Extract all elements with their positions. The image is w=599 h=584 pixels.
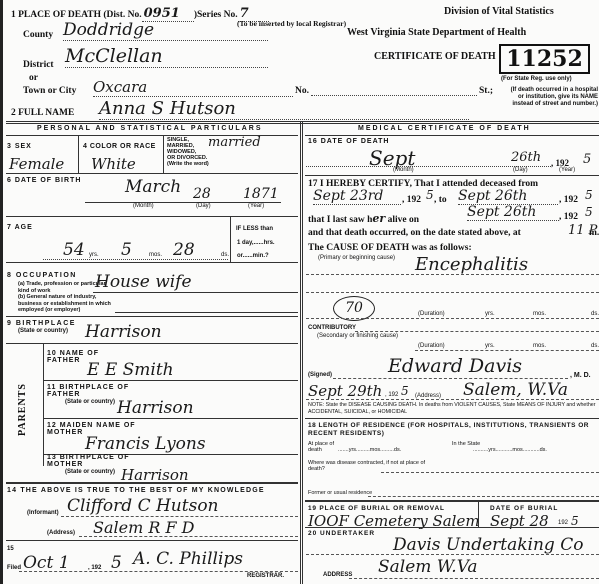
color-value: White (91, 155, 136, 173)
duration-underline-2 (415, 350, 599, 351)
filed-underline (19, 571, 298, 572)
duration-label: (Duration) (418, 311, 445, 317)
county-label: County (23, 30, 53, 40)
color-label: 4 COLOR OR RACE (83, 143, 156, 150)
cause-value: Encephalitis (415, 254, 528, 275)
duration-ds: ds. (591, 311, 599, 317)
divider (43, 418, 298, 419)
divider (6, 262, 298, 263)
sex-label: 3 SEX (7, 143, 32, 150)
m-label: m. (589, 228, 599, 238)
divider (230, 216, 231, 262)
cause-underline-2 (306, 292, 599, 293)
informant-label: (Informant) (27, 510, 59, 516)
one-day-label: 1 day,......hrs. (237, 240, 275, 246)
duration-yrs: yrs. (485, 311, 495, 317)
burial-date-label: DATE OF BURIAL (490, 505, 558, 512)
occupation-value: House wife (95, 272, 192, 292)
marital-label-line: (Write the word) (167, 161, 209, 167)
contributory-sub: (Secondary or finishing cause) (317, 333, 398, 339)
attended-from-year: 5 (426, 188, 434, 202)
md-label: , M. D. (570, 372, 591, 379)
certificate-number: 11252 (499, 44, 590, 74)
filed-year: 5 (111, 553, 122, 573)
divider (6, 343, 298, 344)
to-label: , to (434, 195, 447, 205)
full-name-value: Anna S Hutson (99, 98, 469, 120)
divider (43, 343, 44, 466)
sex-value: Female (9, 155, 64, 173)
last-saw-year: 5 (585, 205, 593, 219)
informant-statement: 14 THE ABOVE IS TRUE TO THE BEST OF MY K… (7, 487, 265, 494)
informant-address-value: Salem R F D (93, 518, 195, 537)
year-caption: (Year) (248, 203, 264, 209)
street-no-label: No. (295, 86, 309, 96)
age-underline (43, 259, 228, 260)
full-name-label: 2 FULL NAME (11, 108, 74, 118)
divider (6, 316, 298, 317)
alive-on-text: alive on (388, 215, 419, 225)
burial-year-prefix: 192 (558, 520, 568, 526)
medical-section-title: MEDICAL CERTIFICATE OF DEATH (358, 125, 531, 132)
marital-value: married (208, 135, 261, 150)
physician-address: Salem, W.Va (463, 380, 568, 400)
undertaker-address-underline (349, 578, 599, 579)
birthplace-sub: (State or country) (18, 328, 68, 334)
note-text: NOTE: State the DISEASE CAUSING DEATH. I… (308, 402, 599, 415)
cause-title: The CAUSE OF DEATH was as follows: (308, 243, 472, 253)
divider (305, 135, 599, 136)
physician-signature: Edward Davis (388, 355, 522, 377)
divider (6, 540, 298, 541)
parents-label: PARENTS (17, 383, 28, 436)
divider (478, 500, 479, 527)
divider (305, 175, 599, 176)
father-birthplace-value: Harrison (117, 398, 194, 418)
filed-date: Oct 1 (23, 553, 70, 573)
age-days: 28 (173, 240, 195, 260)
dod-day: 26th (511, 150, 541, 165)
address-underline (79, 536, 298, 537)
attended-to-year: 5 (585, 188, 593, 202)
mos-label: mos. (149, 252, 162, 258)
place-of-death-label: 1 PLACE OF DEATH (Dist. No.0951)Series N… (11, 6, 269, 21)
occupation-label: 8 OCCUPATION (7, 272, 77, 279)
duration-underline (306, 318, 599, 319)
father-birthplace-label: 11 BIRTHPLACE OF FATHER (47, 384, 137, 398)
town-value: Oxcara (93, 78, 293, 97)
less-than-label: IF LESS than (236, 226, 273, 232)
column-divider (300, 121, 303, 584)
department-title: West Virginia State Department of Health (347, 27, 526, 38)
divider (6, 216, 298, 217)
yrs-label: yrs. (89, 252, 99, 258)
street-st-label: St.; (479, 86, 493, 96)
age-label: 7 AGE (7, 224, 33, 231)
duration-ds-2: ds. (591, 343, 599, 349)
series-label: )Series No. (194, 10, 238, 20)
undertaker-label: 20 UNDERTAKER (308, 530, 375, 537)
divider (163, 135, 164, 173)
birthplace-value: Harrison (85, 322, 162, 342)
death-certificate: 1 PLACE OF DEATH (Dist. No.0951)Series N… (0, 0, 599, 584)
signed-label: (Signed) (308, 372, 332, 378)
undertaker-value: Davis Undertaking Co (393, 535, 583, 555)
divider (6, 173, 298, 174)
divider (43, 380, 298, 381)
contributory-underline (355, 331, 599, 332)
undertaker-underline (306, 554, 599, 555)
occupation-underline (93, 292, 298, 293)
divider (305, 527, 599, 528)
dod-month-caption: (Month) (393, 167, 414, 173)
duration-yrs-2: yrs. (485, 343, 495, 349)
former-residence-underline (368, 496, 599, 497)
divider (78, 135, 79, 173)
division-title: Division of Vital Statistics (444, 6, 554, 17)
attended-to: Sept 26th (458, 188, 558, 205)
informant-address-label: (Address) (47, 530, 75, 536)
street-line (311, 95, 477, 96)
undertaker-address-label: ADDRESS (323, 572, 352, 578)
signed-year-prefix: , 192 (385, 392, 398, 398)
dod-year: 5 (583, 152, 591, 167)
last-saw-pronoun: er (372, 212, 385, 225)
occupation-b-label: (b) General nature of industry, business… (18, 294, 118, 314)
attended-from: Sept 23rd (313, 188, 401, 205)
month-caption: (Month) (133, 203, 154, 209)
signed-underline (333, 378, 568, 379)
divider (305, 418, 599, 419)
town-label: Town or City (23, 86, 76, 96)
duration-label-2: (Duration) (418, 343, 445, 349)
burial-place-label: 19 PLACE OF BURIAL OR REMOVAL (308, 505, 445, 512)
last-saw-date: Sept 26th (467, 204, 559, 221)
dob-label: 6 DATE OF BIRTH (7, 177, 81, 184)
registrar-signature: A. C. Phillips (133, 549, 243, 569)
cause-underline (306, 274, 599, 275)
registrar-label: REGISTRAR. (247, 573, 284, 579)
employer-underline (115, 312, 298, 313)
last-saw-year-prefix: , 192 (559, 212, 578, 222)
divider (305, 500, 599, 502)
residence-label: 18 LENGTH OF RESIDENCE (FOR HOSPITALS, I… (308, 422, 599, 437)
marital-label: SINGLE, MARRIED, WIDOWED, OR DIVORCED. (… (167, 137, 209, 167)
father-birthplace-sub: (State or country) (65, 399, 115, 405)
at-place-label: At place of death (308, 441, 338, 453)
or-label: or (29, 73, 38, 83)
age-months: 5 (121, 240, 132, 260)
contracted-label: Where was disease contracted, if not at … (308, 460, 438, 472)
undertaker-address: Salem W.Va (378, 557, 478, 577)
signed-date-underline (306, 399, 599, 400)
hospital-note: (If death occurred in a hospital or inst… (510, 87, 598, 108)
informant-value: Clifford C Hutson (67, 496, 219, 516)
county-value: Doddridge (63, 20, 268, 41)
dob-month: March (125, 177, 181, 197)
attended-from-year-prefix: , 192 (402, 195, 421, 205)
duration-mos: mos. (533, 311, 546, 317)
last-saw-text: that I last saw h (308, 215, 372, 225)
dod-label: 16 DATE OF DEATH (308, 138, 389, 145)
last-saw-label: that I last saw her alive on (308, 212, 419, 225)
or-min-label: or......min.? (237, 253, 269, 259)
duration-mos-2: mos. (533, 343, 546, 349)
state-reg-note: (For State Reg. use only) (501, 76, 572, 82)
mother-name-value: Francis Lyons (85, 434, 206, 454)
contributory-label: CONTRIBUTORY (308, 325, 356, 331)
dod-year-caption: (Year) (559, 167, 575, 173)
filed-number: 15 (7, 546, 14, 552)
dod-day-caption: (Day) (513, 167, 528, 173)
signed-year: 5 (401, 384, 409, 398)
district-value: McClellan (65, 45, 268, 68)
district-label: District (23, 60, 54, 70)
place-of-death-text: 1 PLACE OF DEATH (Dist. No. (11, 10, 142, 20)
dob-day: 28 (193, 186, 211, 202)
birthplace-label: 9 BIRTHPLACE (7, 320, 76, 327)
dob-year: 1871 (243, 186, 279, 202)
day-caption: (Day) (196, 203, 211, 209)
signed-date: Sept 29th (308, 382, 382, 400)
mother-birthplace-sub: (State or country) (65, 469, 115, 475)
in-state-units: ..........yrs...........mos...........ds… (473, 447, 547, 453)
contracted-underline (381, 472, 599, 473)
attended-to-year-prefix: , 192 (559, 195, 578, 205)
personal-section-title: PERSONAL AND STATISTICAL PARTICULARS (37, 125, 262, 132)
father-name-value: E E Smith (87, 360, 174, 380)
age-years: 54 (63, 240, 85, 260)
burial-year: 5 (571, 514, 579, 528)
former-residence-label: Former or usual residence (308, 490, 372, 496)
cause-sub: (Primary or beginning cause) (318, 255, 395, 261)
certificate-title: CERTIFICATE OF DEATH (374, 51, 496, 62)
at-place-units: .......yrs.........mos.........ds. (338, 447, 401, 453)
death-time-label: and that death occurred, on the date sta… (308, 228, 521, 238)
informant-underline (61, 516, 298, 517)
ds-label: ds. (221, 252, 229, 258)
divider (6, 482, 298, 484)
